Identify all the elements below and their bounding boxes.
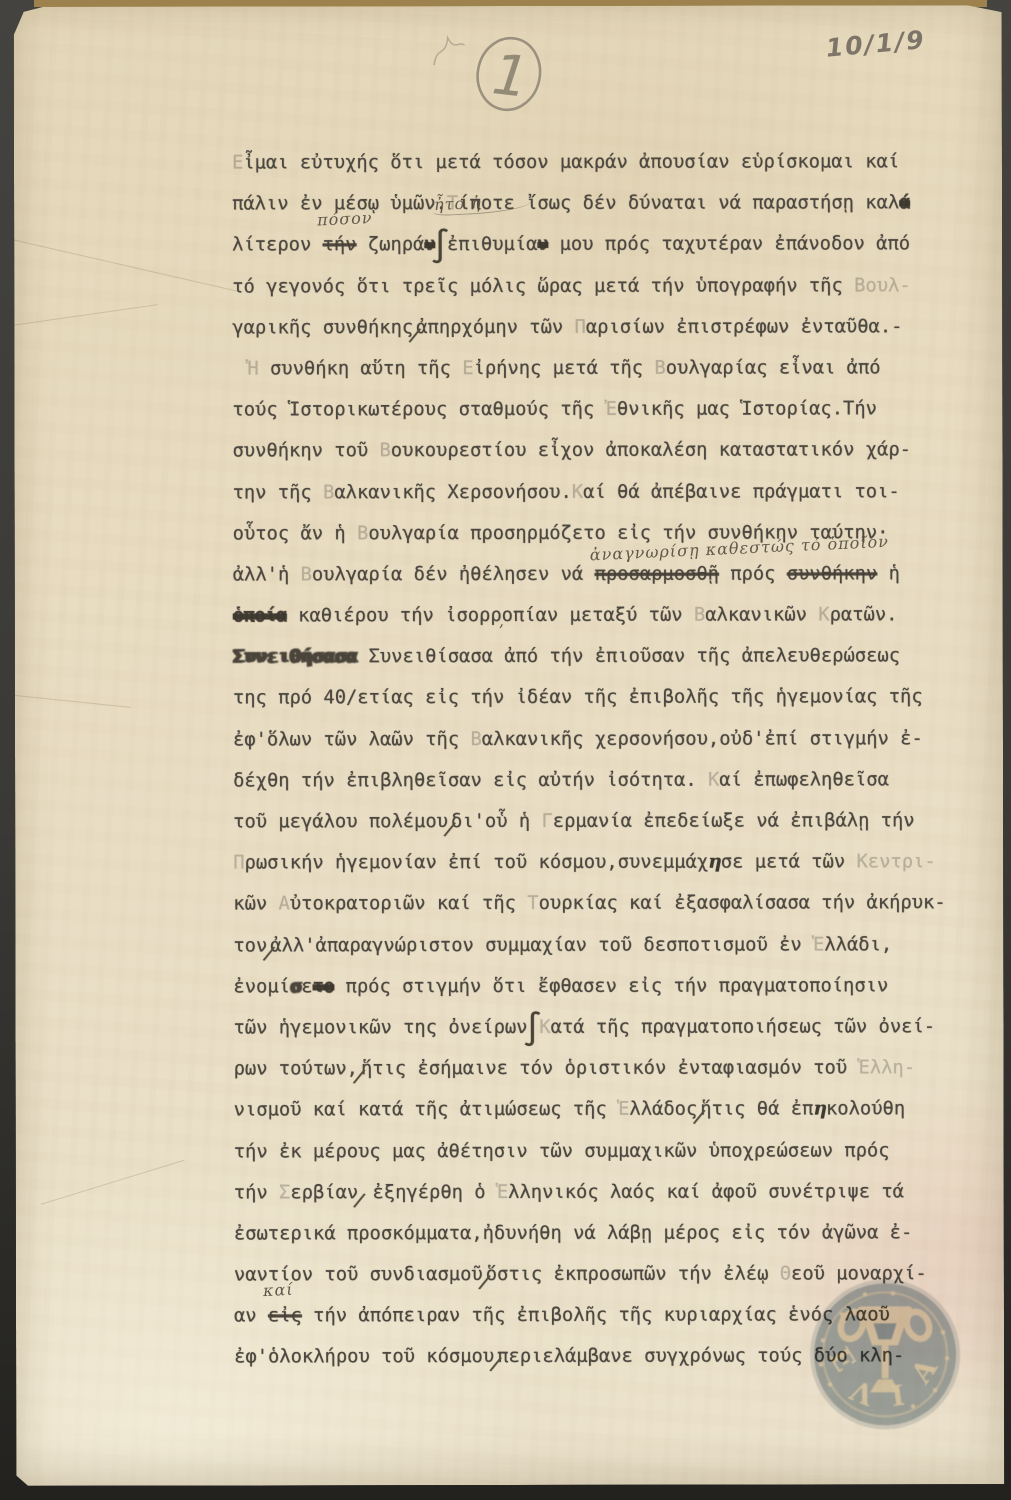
typed-text: ἥτις ἐσήμαινε τόν ὁριστικόν ἐνταφιασμόν …	[361, 1058, 859, 1080]
typed-text: αλκανικῶν	[705, 605, 818, 626]
struck-text: προσαρμοσθῇἀναγνωρίσῃ καθεστώς τό ὁποῖον	[595, 564, 719, 585]
typed-text: Κεντρι-	[856, 851, 935, 872]
typed-line: ὁποία καθιέρου τήν ἰσορροπίαν μεταξύ τῶν…	[233, 594, 933, 636]
typed-text: Τ	[527, 893, 538, 914]
typed-text: Κ	[539, 1017, 550, 1038]
typed-text: καθιέρου τήν ἰσορροπίαν μεταξύ τῶν	[287, 605, 694, 627]
typed-text: ἐνομί	[233, 976, 290, 997]
typed-text: Ἑ	[497, 1182, 508, 1203]
typed-text: ἐφ'ὅλων τῶν λαῶν τῆς	[233, 729, 470, 750]
typed-over-text: σ	[290, 976, 301, 997]
typed-text: ἶμαι εὐτυχής ὅτι μετά τόσον μακράν ἀπουσ…	[243, 151, 899, 173]
typed-text: ζωηρά	[356, 235, 424, 256]
struck-text: ν	[537, 234, 548, 255]
typed-text: Ἐ	[606, 399, 617, 420]
typed-text: τήν	[234, 1182, 279, 1203]
typed-text: γαρικῆς συνθήκης	[232, 317, 413, 338]
typed-line: Πρωσικήν ἡγεμονίαν ἐπί τοῦ κόσμου,συνεμμ…	[233, 841, 933, 883]
typed-text: ερμανία ἐπεδείωξε νά ἐπιβάλῃ τήν	[553, 810, 915, 832]
typed-text: Σ	[279, 1182, 290, 1203]
typed-text: αί θά ἀπέβαινε πράγματι τοι-	[583, 481, 900, 503]
typed-text: Ἑ	[813, 934, 824, 955]
typed-text: ουκουρεστίου εἶχον ἀποκαλέση καταστατικό…	[391, 440, 911, 462]
typed-text: τοῦ μεγάλου πολέμου	[233, 811, 448, 832]
typed-text: ἀπηρχόμην τῶν	[416, 317, 574, 338]
typed-text: λληνικός λαός καί ἀφοῦ συνέτριψε τά	[508, 1181, 904, 1203]
paper-crease	[9, 238, 238, 291]
typed-text: τούς Ἱστορικωτέρους σταθμούς τῆς	[232, 399, 605, 421]
typed-text: την τῆς	[233, 482, 324, 503]
typed-text: ουρκίας καί ἐξασφαλίσασα τήν ἀκήρυκ-	[539, 893, 946, 915]
typed-text: Κ	[708, 769, 719, 790]
typed-line: τό γεγονός ὅτι τρεῖς μόλις ὥρας μετά τήν…	[232, 265, 932, 307]
typed-line: τήν Σερβίαν∕ ἐξηγέρθη ὁ Ἑλληνικός λαός κ…	[234, 1171, 934, 1213]
typed-text: συνθήκην τοῦ	[232, 441, 379, 462]
typed-text: θνικῆς μας Ἱστορίας.Τήν	[617, 398, 877, 419]
paper-crease	[41, 1160, 185, 1205]
typed-text: περιελάμβανε συγχρόνως τούς δύο κλη-	[497, 1346, 904, 1368]
typed-text: Β	[323, 482, 334, 503]
typed-text: ε	[301, 976, 312, 997]
stamp-letter-l: Λ	[845, 1374, 880, 1414]
typed-text: εοῦ μοναρχί-	[791, 1263, 927, 1284]
typed-text: αλκανικῆς χερσονήσου,οὐδ'ἐπί στιγμήν ἐ-	[482, 728, 923, 750]
typed-text: της πρό 40/ετίας εἰς τήν ἰδέαν τῆς ἐπιβο…	[233, 687, 923, 709]
typed-text: τήν ἐπιοῦσαν τῆς ἀπελευθερώσεως	[538, 646, 900, 668]
handwritten-correction: η	[708, 851, 721, 873]
typed-line: τοῦ μεγάλου πολέμου∕δι'οὗ ἡ Γερμανία ἐπε…	[233, 800, 933, 842]
typed-text: Β	[357, 523, 368, 544]
typed-line: τον∕ἀλλ'ἀπαραγνώριστον συμμαχίαν τοῦ δεσ…	[233, 924, 933, 966]
struck-text: εἰςκαί	[268, 1306, 302, 1327]
typed-line: ἐσωτερικά προσκόμματα,ἠδυνήθη νά λάβῃ μέ…	[234, 1212, 934, 1254]
struck-text: ὁποία	[233, 605, 287, 626]
typed-text: ρων τούτων,	[234, 1058, 358, 1079]
typed-text: λλάδος	[629, 1099, 697, 1120]
typed-text: τό γεγονός ὅτι τρεῖς μόλις ὥρας μετά τήν…	[232, 275, 854, 297]
typed-text: αρισίων ἐπιστρέφων ἐνταῦθα.-	[586, 316, 903, 338]
struck-text: το	[313, 976, 335, 997]
typed-text: ἐπιθυμία	[447, 234, 538, 255]
typed-text: Ἑλλη-	[858, 1057, 915, 1078]
typed-line: Εἶμαι εὐτυχής ὅτι μετά τόσον μακράν ἀπου…	[232, 141, 932, 183]
typed-line: ναντίον τοῦ συνδιασμοῦ∕ὅστις ἐκπροσωπῶν …	[234, 1253, 934, 1295]
typed-text: ὐτοκρατοριῶν καί τῆς	[290, 893, 527, 914]
typed-text: Γ	[541, 811, 552, 832]
typed-text: αλκανικῆς Χερσονήσου.	[334, 481, 571, 502]
struck-text: ά	[899, 192, 910, 213]
typed-line: Συνειθήσασα Συνειθίσασα ἀπό’ τήν ἐπιοῦσα…	[233, 636, 933, 678]
typed-text: ἰρήνης μετά τῆς	[473, 358, 654, 379]
handwritten-annotation: καί	[262, 1280, 293, 1300]
typed-text: δέχθη τήν ἐπιβληθεῖσαν εἰς αὐτήν ἰσότητα…	[233, 769, 708, 791]
struck-text: τήνπόσον	[323, 235, 357, 256]
typed-text: λίτερον	[232, 235, 323, 256]
handwritten-correction: η	[813, 1098, 826, 1120]
typed-text-block: Εἶμαι εὐτυχής ὅτι μετά τόσον μακράν ἀπου…	[232, 141, 934, 1378]
typed-line: συνθήκην τοῦ Βουκουρεστίου εἶχον ἀποκαλέ…	[232, 430, 932, 472]
typed-text: ουλγαρίας εἶναι ἀπό	[666, 357, 881, 378]
handwritten-annotation: πόσον	[317, 208, 373, 229]
typed-text: Κ	[818, 605, 829, 626]
typed-line: ἐφ'ὁλοκλήρου τοῦ κόσμου∕περιελάμβανε συγ…	[234, 1336, 934, 1378]
typed-text: τον	[233, 935, 267, 956]
typed-text: ατά τῆς πραγματοποιήσεως τῶν ὀνεί-	[551, 1016, 935, 1038]
typed-text: πρός στιγμήν ὅτι ἔφθασεν εἰς τήν πραγματ…	[334, 975, 888, 997]
typed-text: Β	[379, 441, 390, 462]
typed-line: ρων τούτων,∕ἥτις ἐσήμαινε τόν ὁριστικόν …	[234, 1047, 934, 1089]
typed-text: Συνειθίσασα	[357, 646, 504, 667]
typed-line: της πρό 40/ετίας εἰς τήν ἰδέαν τῆς ἐπιβο…	[233, 677, 933, 719]
typed-text: ἀπό’	[504, 646, 538, 667]
circled-page-number: 1	[464, 22, 554, 120]
typed-text: κολούθη	[826, 1099, 905, 1120]
typed-line: δέχθη τήν ἐπιβληθεῖσαν εἰς αὐτήν ἰσότητα…	[233, 759, 933, 801]
typed-text: ὅστις ἐκπροσωπῶν τήν ἐλέῳ	[486, 1264, 780, 1286]
typed-line: γαρικῆς συνθήκης∕ἀπηρχόμην τῶν Παρισίων …	[232, 306, 932, 348]
typed-text: ἡ	[877, 563, 900, 584]
typed-text: Α	[278, 894, 289, 915]
typed-line: τῶν ἡγεμονικῶν της ὀνείρων∫Κατά τῆς πραγ…	[233, 1006, 933, 1048]
stamp-letter-i: Ι	[889, 1379, 907, 1414]
typed-line: τήν ἐκ μέρους μας ἀθέτησιν τῶν συμμαχικῶ…	[234, 1130, 934, 1172]
typed-text: τῶν ἡγεμονικῶν της ὀνείρων	[233, 1017, 527, 1039]
typed-text: ρατῶν.	[830, 604, 898, 625]
typed-text: Ε	[462, 358, 473, 379]
typed-text: σε μετά τῶν	[721, 852, 857, 873]
typed-text: οὗτος ἄν ἡ	[233, 523, 357, 544]
typed-line: λίτερον τήνπόσον ζωηράν∫ἦτο ἡἐπιθυμίαν μ…	[232, 224, 932, 266]
typed-text: λλάδι,	[824, 934, 892, 955]
typed-line: νισμοῦ καί κατά τῆς ἀτιμώσεως τῆς Ἑλλάδο…	[234, 1089, 934, 1131]
typed-text: ἐφ'ὁλοκλήρου τοῦ κόσμου	[234, 1346, 494, 1367]
typed-text: Κ	[572, 481, 583, 502]
typed-line: κῶν Αὐτοκρατοριῶν καί τῆς Τουρκίας καί ἐ…	[233, 883, 933, 925]
typed-line: αν εἰςκαί τήν ἀπόπειραν τῆς ἐπιβολῆς τῆς…	[234, 1295, 934, 1337]
typed-line: ἐφ'ὅλων τῶν λαῶν τῆς Βαλκανικῆς χερσονήσ…	[233, 718, 933, 760]
typed-text: Βουλ-	[854, 275, 911, 296]
typed-text: αν	[234, 1306, 268, 1327]
typed-text: τήν ἀπόπειραν τῆς ἐπιβολῆς τῆς κυριαρχία…	[302, 1305, 890, 1327]
typed-text: Θ	[780, 1264, 791, 1285]
typed-line: ἀλλ'ἡ Βουλγαρία δέν ἠθέλησεν νά προσαρμο…	[233, 553, 933, 595]
typed-text: ἐξηγέρθη ὁ	[361, 1182, 497, 1203]
typed-text: Β	[470, 729, 481, 750]
typed-line: τούς Ἱστορικωτέρους σταθμούς τῆς Ἐθνικῆς…	[232, 388, 932, 430]
typed-text: νισμοῦ καί κατά τῆς ἀτιμώσεως τῆς	[234, 1099, 618, 1121]
typed-text: κῶν	[233, 894, 278, 915]
typed-over-text: Συνειθήσασα	[233, 647, 357, 668]
typed-text: Β	[301, 564, 312, 585]
typed-line: Ἡ συνθήκη αὕτη τῆς Εἰρήνης μετά τῆς Βουλ…	[232, 347, 932, 389]
struck-text: συνθήκην	[787, 563, 878, 584]
typed-text: ουλγαρία δέν ἠθέλησεν νά	[312, 564, 595, 585]
typed-text: Ε	[232, 152, 243, 173]
typed-text: Π	[574, 317, 585, 338]
typed-text: συνθήκη αὕτη τῆς	[259, 358, 463, 379]
typed-text: δι'οὗ ἡ	[451, 811, 542, 832]
typed-text: Β	[654, 358, 665, 379]
page-number: 1	[489, 42, 532, 111]
typed-line: ἐνομίσετο πρός στιγμήν ὅτι ἔφθασεν εἰς τ…	[233, 965, 933, 1007]
typed-text: ερβίαν	[290, 1182, 358, 1203]
archival-date-note: 10/1/9	[825, 25, 927, 63]
typed-text: ἥτις θά ἐπ	[700, 1099, 813, 1120]
typed-text: μου πρός ταχυτέραν ἐπάνοδον ἀπό	[548, 234, 910, 256]
typed-line: την τῆς Βαλκανικῆς Χερσονήσου.Καί θά ἀπέ…	[233, 471, 933, 513]
paper-crease	[11, 695, 130, 708]
typed-text: τήν ἐκ μέρους μας ἀθέτησιν τῶν συμμαχικῶ…	[234, 1140, 890, 1162]
paper-crease	[9, 304, 158, 326]
typed-text: Ἑ	[618, 1099, 629, 1120]
typed-text: Π	[233, 853, 244, 874]
typed-text: ἐσωτερικά προσκόμματα,ἠδυνήθη νά λάβῃ μέ…	[234, 1222, 912, 1244]
typed-text: αί ἐπωφεληθεῖσα	[719, 769, 889, 790]
typed-text: πρός	[719, 563, 787, 584]
typed-text: ἀλλ'ἡ	[233, 564, 301, 585]
typed-text: Ἡ	[247, 358, 258, 379]
typed-text: ἀλλ'ἀπαραγνώριστον συμμαχίαν τοῦ δεσποτι…	[270, 934, 813, 956]
document-page: 1 10/1/9 Εἶμαι εὐτυχής ὅτι μετά τόσον μα…	[14, 5, 1005, 1486]
typed-text: ρωσικήν ἡγεμονίαν ἐπί τοῦ κόσμου,συνεμμά…	[244, 852, 708, 874]
typed-text: Β	[694, 605, 705, 626]
